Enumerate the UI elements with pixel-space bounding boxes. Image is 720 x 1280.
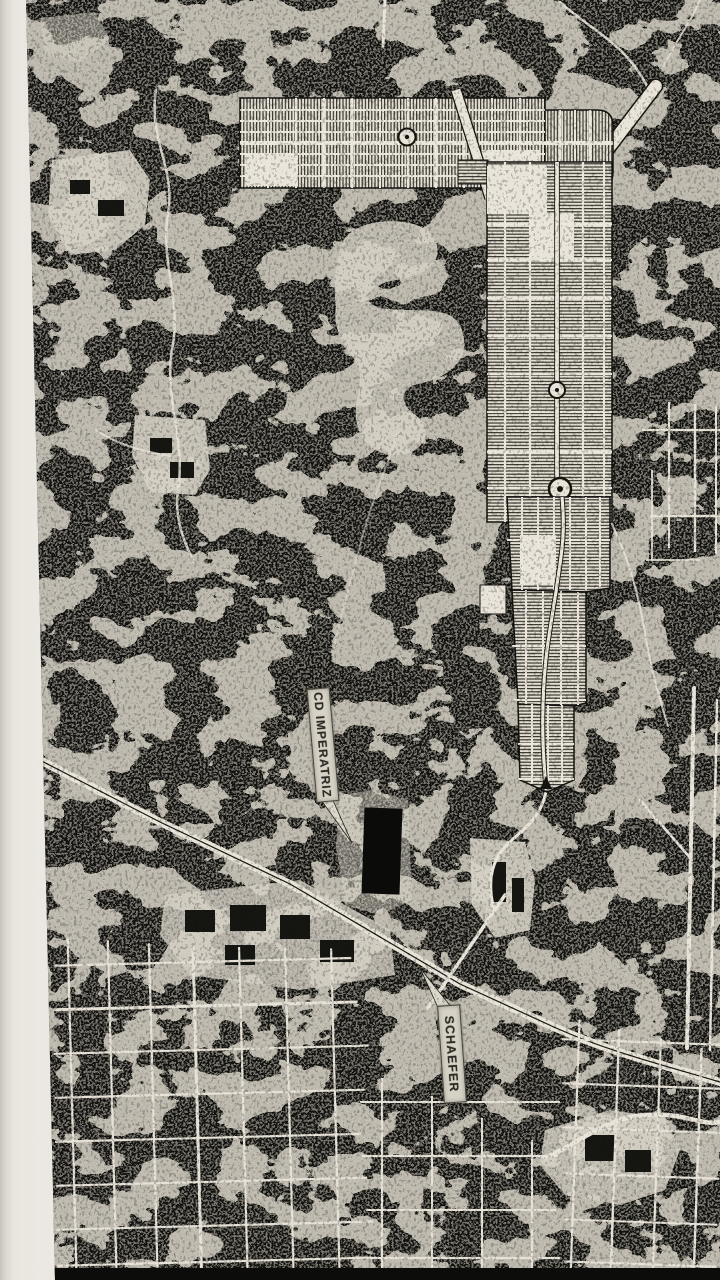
aerial-photo bbox=[0, 0, 720, 1280]
photocopy-grain-overlay bbox=[0, 0, 720, 1280]
photo-bottom-edge bbox=[48, 1268, 720, 1280]
book-page: CD IMPERATRIZ SCHAEFER bbox=[0, 0, 720, 1280]
